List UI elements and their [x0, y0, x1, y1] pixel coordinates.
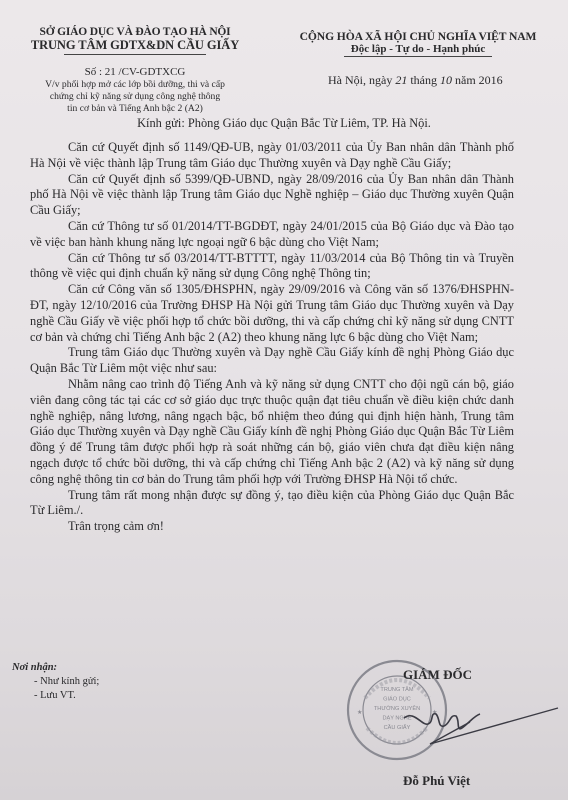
paragraph: Nhằm nâng cao trình độ Tiếng Anh và kỹ n…	[30, 377, 514, 488]
date-day: 21	[395, 73, 407, 87]
subject-line: V/v phối hợp mở các lớp bồi dưỡng, thi v…	[20, 79, 250, 91]
unit-name: TRUNG TÂM GDTX&DN CẦU GIẤY	[20, 38, 250, 53]
paragraph: Trung tâm Giáo dục Thường xuyên và Dạy n…	[30, 345, 514, 377]
paragraph: Căn cứ Quyết định số 5399/QĐ-UBND, ngày …	[30, 172, 514, 219]
paragraph: Căn cứ Công văn số 1305/ĐHSPHN, ngày 29/…	[30, 282, 514, 345]
date-month: 10	[440, 73, 452, 87]
issue-date: Hà Nội, ngày 21 tháng 10 năm 2016	[328, 73, 503, 88]
signer-name: Đỗ Phú Việt	[403, 773, 470, 789]
subject-line: tin cơ bản và Tiếng Anh bậc 2 (A2)	[20, 103, 250, 115]
issuer-header: SỞ GIÁO DỤC VÀ ĐÀO TẠO HÀ NỘI TRUNG TÂM …	[20, 26, 250, 115]
date-month-label: tháng	[407, 73, 440, 87]
recipient-line: Kính gửi: Phòng Giáo dục Quận Bắc Từ Liê…	[0, 116, 568, 131]
signer-position: GIÁM ĐỐC	[403, 667, 472, 683]
letter-body: Căn cứ Quyết định số 1149/QĐ-UB, ngày 01…	[30, 140, 514, 535]
paragraph: Trung tâm rất mong nhận được sự đồng ý, …	[30, 488, 514, 520]
paragraph: Căn cứ Thông tư số 03/2014/TT-BTTTT, ngà…	[30, 251, 514, 283]
subject-line: chứng chỉ kỹ năng sử dụng công nghệ thôn…	[20, 91, 250, 103]
document-page: SỞ GIÁO DỤC VÀ ĐÀO TẠO HÀ NỘI TRUNG TÂM …	[0, 0, 568, 800]
recipients-block: Nơi nhận: - Như kính gửi; - Lưu VT.	[12, 661, 99, 703]
paragraph: Căn cứ Thông tư số 01/2014/TT-BGDĐT, ngà…	[30, 219, 514, 251]
nation-title: CỘNG HÒA XÃ HỘI CHỦ NGHĨA VIỆT NAM	[268, 30, 568, 43]
date-prefix: Hà Nội, ngày	[328, 73, 395, 87]
unit-underline	[64, 54, 206, 55]
national-header: CỘNG HÒA XÃ HỘI CHỦ NGHĨA VIỆT NAM Độc l…	[268, 30, 568, 57]
agency-name: SỞ GIÁO DỤC VÀ ĐÀO TẠO HÀ NỘI	[20, 26, 250, 38]
document-number: Số : 21 /CV-GDTXCG	[20, 66, 250, 78]
paragraph: Căn cứ Quyết định số 1149/QĐ-UB, ngày 01…	[30, 140, 514, 172]
signature-icon	[400, 700, 568, 760]
paragraph: Trân trọng cảm ơn!	[30, 519, 514, 535]
recipient-item: - Như kính gửi;	[12, 675, 99, 689]
svg-text:TRUNG TÂM: TRUNG TÂM	[380, 686, 413, 693]
recipients-title: Nơi nhận:	[12, 661, 99, 675]
date-year: năm 2016	[452, 73, 503, 87]
svg-text:★: ★	[357, 709, 362, 716]
motto-underline	[344, 56, 492, 57]
recipient-item: - Lưu VT.	[12, 689, 99, 703]
document-subject: V/v phối hợp mở các lớp bồi dưỡng, thi v…	[20, 79, 250, 115]
national-motto: Độc lập - Tự do - Hạnh phúc	[268, 43, 568, 55]
